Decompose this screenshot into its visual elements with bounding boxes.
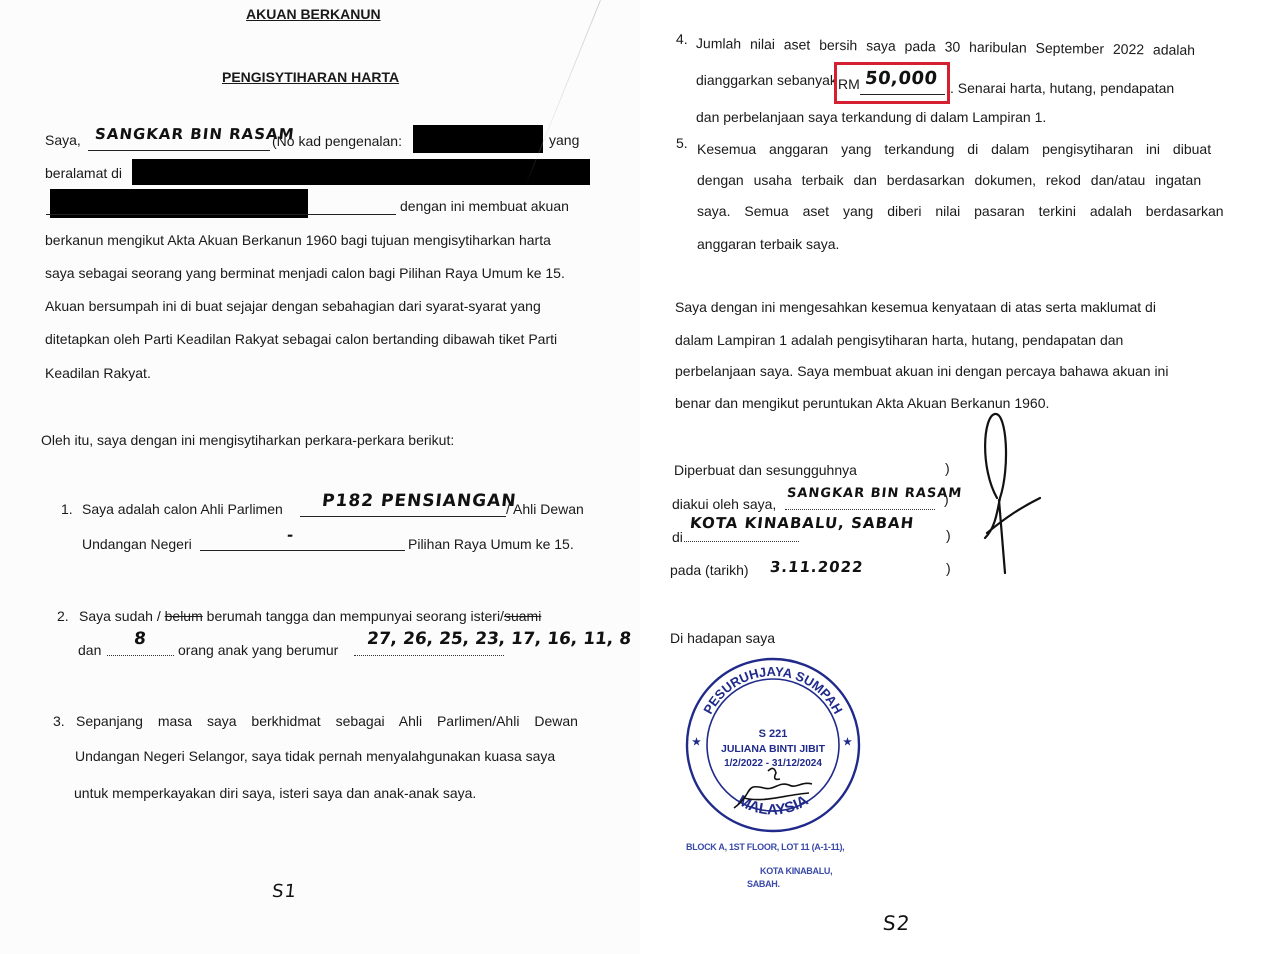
svg-text:JULIANA BINTI JIBIT: JULIANA BINTI JIBIT (721, 743, 826, 755)
item1-text-a: Saya adalah calon Ahli Parlimen (82, 502, 283, 516)
item3-line2: Undangan Negeri Selangor, saya tidak per… (75, 749, 555, 763)
signing-line4: pada (tarikh) (670, 563, 749, 577)
declarant-signature (965, 408, 1045, 578)
item4-line2-b: . Senarai harta, hutang, pendapatan (950, 81, 1174, 95)
item2-struck-belum: belum (165, 608, 203, 624)
svg-text:★: ★ (843, 737, 852, 748)
stamp-address-line1: BLOCK A, 1ST FLOOR, LOT 11 (A-1-11), (686, 842, 844, 852)
item3-number: 3. (53, 714, 65, 728)
yang-label: yang (549, 133, 579, 147)
item2-text-d: orang anak yang berumur (178, 643, 338, 657)
item2-text-b: berumah tangga dan mempunyai seorang ist… (207, 608, 504, 624)
signing-place: KOTA KINABALU, SABAH (689, 516, 915, 531)
item5-line3: saya. Semua aset yang diberi nilai pasar… (697, 204, 1224, 218)
item3-line3: untuk memperkayakan diri saya, isteri sa… (74, 786, 476, 800)
commissioner-stamp: PESURUHJAYA SUMPAH MALAYSIA ★ ★ S 221 JU… (684, 653, 862, 838)
signing-line1: Diperbuat dan sesungguhnya (674, 463, 857, 477)
bracket-3: ) (946, 528, 951, 542)
redacted-ic (413, 125, 543, 153)
address-label: beralamat di (45, 166, 122, 180)
item2-line1: Saya sudah / belum berumah tangga dan me… (79, 609, 541, 623)
svg-text:1/2/2022 - 31/12/2024: 1/2/2022 - 31/12/2024 (724, 758, 822, 769)
item5-line4: anggaran terbaik saya. (697, 237, 839, 251)
confirm-line1: Saya dengan ini mengesahkan kesemua keny… (675, 300, 1156, 314)
document-subtitle: PENGISYTIHARAN HARTA (222, 70, 399, 84)
document-title: AKUAN BERKANUN (246, 7, 381, 21)
redacted-address-1 (132, 159, 590, 185)
page-mark-s1: S1 (271, 883, 298, 901)
item1-text-b: / Ahli Dewan (506, 502, 584, 516)
children-ages-dots (354, 654, 504, 656)
item5-line2: dengan usaha terbaik dan berdasarkan dok… (697, 173, 1201, 187)
bracket-1: ) (945, 461, 950, 475)
bracket-4: ) (946, 561, 951, 575)
intro-line4: berkanun mengikut Akta Akuan Berkanun 19… (45, 233, 551, 247)
bracket-2: ) (944, 492, 949, 506)
stamp-address-line2: KOTA KINABALU, (760, 866, 832, 876)
intro-line6: Akuan bersumpah ini di buat sejajar deng… (45, 299, 541, 313)
intro-line5: saya sebagai seorang yang berminat menja… (45, 266, 565, 280)
declaration-intro: Oleh itu, saya dengan ini mengisytiharka… (41, 433, 454, 447)
item4-number: 4. (676, 32, 688, 46)
place-dots (684, 540, 799, 542)
declarant-name: SANGKAR BIN RASAM (94, 127, 295, 142)
confirm-line2: dalam Lampiran 1 adalah pengisytiharan h… (675, 333, 1123, 347)
parlimen-underline (300, 516, 506, 517)
item4-line3: dan perbelanjaan saya terkandung di dala… (696, 110, 1046, 124)
intro-line3-end: dengan ini membuat akuan (400, 199, 569, 213)
item4-line2-a: dianggarkan sebanyak (696, 73, 837, 87)
amount-highlight-box (834, 62, 950, 104)
item5-line1: Kesemua anggaran yang terkandung di dala… (697, 142, 1211, 156)
name-underline (88, 150, 270, 151)
item2-struck-suami: suami (504, 608, 541, 624)
svg-text:S 221: S 221 (759, 728, 788, 740)
address-underline (46, 214, 396, 215)
intro-line8: Keadilan Rakyat. (45, 366, 151, 380)
item2-number: 2. (57, 609, 69, 623)
item2-text-a: Saya sudah / (79, 608, 161, 624)
item4-line1: Jumlah nilai aset bersih saya pada 30 ha… (696, 36, 1195, 57)
parlimen-handwritten: P182 PENSIANGAN (321, 493, 517, 510)
svg-text:★: ★ (692, 737, 701, 748)
item1-text-d: Pilihan Raya Umum ke 15. (408, 537, 574, 551)
signer-name: SANGKAR BIN RASAM (786, 487, 963, 500)
signing-date: 3.11.2022 (769, 560, 864, 575)
page-s2: 4. Jumlah nilai aset bersih saya pada 30… (620, 0, 1280, 954)
item2-text-c: dan (78, 643, 101, 657)
dun-handwritten: - (286, 528, 295, 543)
item3-line1: Sepanjang masa saya berkhidmat sebagai A… (76, 714, 596, 728)
children-ages: 27, 26, 25, 23, 17, 16, 11, 8 (366, 631, 632, 648)
intro-line7: ditetapkan oleh Parti Keadilan Rakyat se… (45, 332, 557, 346)
ic-label: (No kad pengenalan: (272, 134, 402, 148)
item1-text-c: Undangan Negeri (82, 537, 192, 551)
signing-line3: di (672, 530, 683, 544)
witness-label: Di hadapan saya (670, 631, 775, 645)
children-count-dots (107, 654, 174, 656)
page-mark-s2: S2 (882, 913, 912, 933)
signing-line2: diakui oleh saya, (672, 497, 776, 511)
stamp-address-line3: SABAH. (747, 879, 780, 889)
page-s1: AKUAN BERKANUN PENGISYTIHARAN HARTA Saya… (0, 0, 640, 954)
signer-dots (785, 508, 935, 510)
children-count: 8 (133, 631, 148, 648)
svg-text:PESURUHJAYA SUMPAH: PESURUHJAYA SUMPAH (700, 664, 845, 717)
confirm-line3: perbelanjaan saya. Saya membuat akuan in… (675, 364, 1168, 378)
item5-number: 5. (676, 136, 688, 150)
dun-underline (200, 550, 405, 551)
item1-number: 1. (61, 502, 73, 516)
saya-label: Saya, (45, 133, 81, 147)
